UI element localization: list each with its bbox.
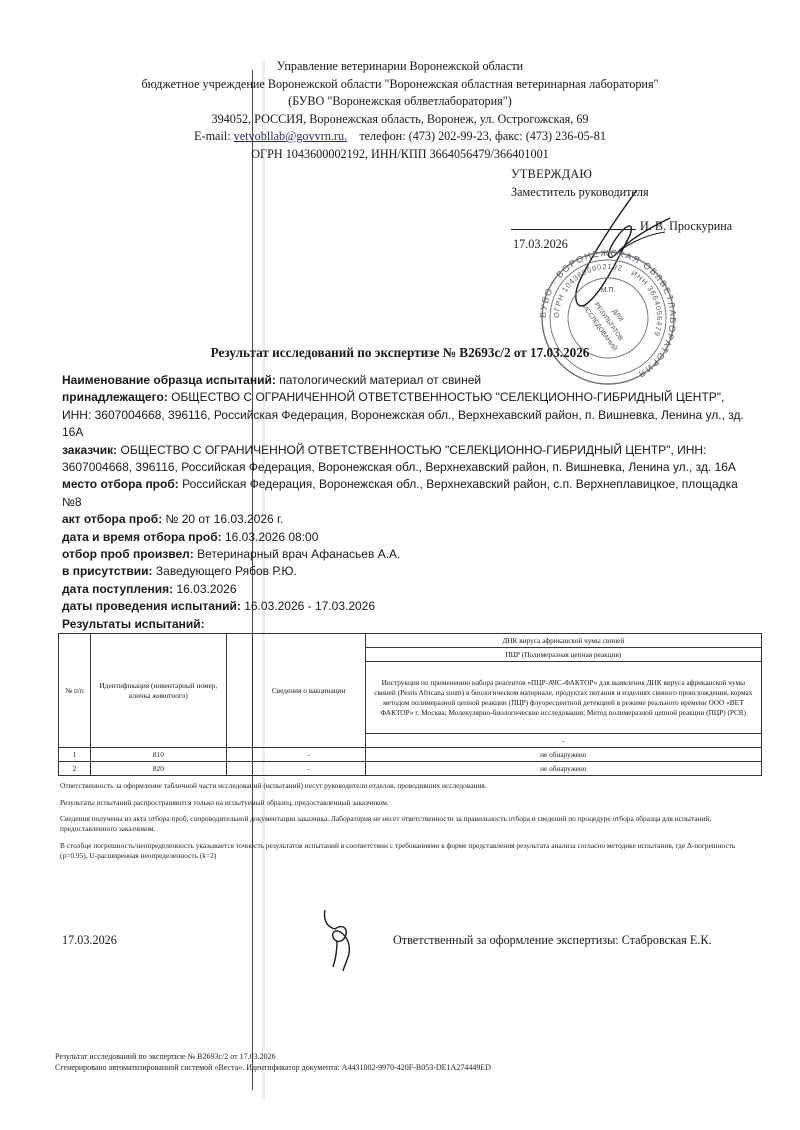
field-label: место отбора проб: bbox=[62, 477, 179, 491]
field-label: Наименование образца испытаний: bbox=[62, 373, 276, 387]
field-label: дата и время отбора проб: bbox=[62, 530, 222, 544]
field-customer: заказчик: ОБЩЕСТВО С ОГРАНИЧЕННОЙ ОТВЕТС… bbox=[62, 442, 752, 477]
cell-result: не обнаружено bbox=[365, 762, 761, 776]
note-3: Сведения получены из акта отбора проб, с… bbox=[60, 814, 760, 834]
field-in-presence: в присутствии: Заведующего Рябов Р.Ю. bbox=[62, 563, 752, 580]
field-received-date: дата поступления: 16.03.2026 bbox=[62, 581, 752, 598]
cell-num: 2 bbox=[59, 762, 91, 776]
email-label: E-mail: bbox=[194, 129, 231, 143]
field-label: отбор проб произвел: bbox=[62, 547, 194, 561]
field-label: заказчик: bbox=[62, 443, 117, 457]
table-row: 2 820 - не обнаружено bbox=[59, 762, 762, 776]
field-value: 16.03.2026 bbox=[173, 582, 236, 596]
letterhead: Управление ветеринарии Воронежской облас… bbox=[0, 58, 800, 163]
header-num: № п/п bbox=[59, 634, 91, 748]
field-label: принадлежащего: bbox=[62, 390, 168, 404]
responsible-signature-icon bbox=[315, 905, 365, 980]
header-empty bbox=[226, 634, 252, 748]
table-row: 1 810 - не обнаружено bbox=[59, 748, 762, 762]
cell-id: 810 bbox=[90, 748, 226, 762]
letterhead-registration: ОГРН 1043600002192, ИНН/КПП 3664056479/3… bbox=[0, 146, 800, 164]
letterhead-line-2: бюджетное учреждение Воронежской области… bbox=[0, 76, 800, 94]
header-test-method: Инструкция по применению набора реагенто… bbox=[365, 662, 761, 734]
notes: Ответственность за оформление табличной … bbox=[60, 781, 760, 867]
note-1: Ответственность за оформление табличной … bbox=[60, 781, 760, 791]
note-4: В столбце погрешность/неопределенность у… bbox=[60, 841, 760, 861]
field-test-dates: даты проведения испытаний: 16.03.2026 - … bbox=[62, 598, 752, 615]
header-test-type: ПЦР (Полимеразная цепная реакция) bbox=[365, 648, 761, 662]
sample-details: Наименование образца испытаний: патологи… bbox=[62, 372, 752, 633]
email-link[interactable]: vetvobllab@govvrn.ru. bbox=[234, 129, 347, 143]
results-table: № п/п Идентификация (инвентарный номер, … bbox=[58, 633, 762, 776]
field-sampling-place: место отбора проб: Российская Федерация,… bbox=[62, 476, 752, 511]
stamp-mp: М.П. bbox=[601, 287, 616, 294]
field-label: дата поступления: bbox=[62, 582, 173, 596]
field-value: 16.03.2026 08:00 bbox=[222, 530, 319, 544]
field-owner: принадлежащего: ОБЩЕСТВО С ОГРАНИЧЕННОЙ … bbox=[62, 389, 752, 441]
document-title: Результат исследований по экспертизе № В… bbox=[0, 345, 800, 361]
footer-responsible: Ответственный за оформление экспертизы: … bbox=[393, 933, 712, 948]
field-label: Результаты испытаний: bbox=[62, 617, 205, 631]
field-value: № 20 от 16.03.2026 г. bbox=[162, 512, 283, 526]
header-test-object: ДНК вируса африканской чумы свиней bbox=[365, 634, 761, 648]
cell-result: не обнаружено bbox=[365, 748, 761, 762]
cell-vaccination: - bbox=[252, 748, 365, 762]
footer-reference: Результат исследований по экспертизе № В… bbox=[55, 1051, 491, 1062]
cell-num: 1 bbox=[59, 748, 91, 762]
document-footer: Результат исследований по экспертизе № В… bbox=[55, 1051, 491, 1073]
field-value: 16.03.2026 - 17.03.2026 bbox=[241, 599, 375, 613]
cell-vaccination: - bbox=[252, 762, 365, 776]
cell-empty bbox=[226, 762, 252, 776]
field-label: акт отбора проб: bbox=[62, 512, 162, 526]
cell-empty bbox=[226, 748, 252, 762]
note-2: Результаты испытаний распространяются то… bbox=[60, 798, 760, 808]
field-value: Ветеринарный врач Афанасьев А.А. bbox=[194, 547, 401, 561]
letterhead-address: 394052, РОССИЯ, Воронежская область, Вор… bbox=[0, 111, 800, 129]
header-vaccination: Сведения о вакцинации bbox=[252, 634, 365, 748]
letterhead-line-3: (БУВО "Воронежская облветлаборатория") bbox=[0, 93, 800, 111]
field-value: патологический материал от свиней bbox=[276, 373, 481, 387]
footer-date: 17.03.2026 bbox=[62, 933, 117, 948]
phone-fax: телефон: (473) 202-99-23, факс: (473) 23… bbox=[359, 129, 606, 143]
cell-id: 820 bbox=[90, 762, 226, 776]
field-sampled-by: отбор проб произвел: Ветеринарный врач А… bbox=[62, 546, 752, 563]
field-sampling-datetime: дата и время отбора проб: 16.03.2026 08:… bbox=[62, 529, 752, 546]
field-value: ОБЩЕСТВО С ОГРАНИЧЕННОЙ ОТВЕТСТВЕННОСТЬЮ… bbox=[62, 443, 736, 474]
results-heading: Результаты испытаний: bbox=[62, 616, 752, 633]
footer-identifier: Сгенерировано автоматизированной системо… bbox=[55, 1062, 491, 1073]
header-uncertainty: - bbox=[365, 734, 761, 748]
field-label: в присутствии: bbox=[62, 564, 153, 578]
field-label: даты проведения испытаний: bbox=[62, 599, 241, 613]
letterhead-line-1: Управление ветеринарии Воронежской облас… bbox=[0, 58, 800, 76]
official-stamp-icon: БУВО · ВОРОНЕЖСКАЯ ОБЛВЕТЛАБОРАТОРИЯ ОГР… bbox=[538, 248, 678, 388]
header-identification: Идентификация (инвентарный номер, кличка… bbox=[90, 634, 226, 748]
field-sampling-act: акт отбора проб: № 20 от 16.03.2026 г. bbox=[62, 511, 752, 528]
field-value: Заведующего Рябов Р.Ю. bbox=[153, 564, 297, 578]
field-sample-name: Наименование образца испытаний: патологи… bbox=[62, 372, 752, 389]
letterhead-contacts: E-mail: vetvobllab@govvrn.ru. телефон: (… bbox=[0, 128, 800, 146]
